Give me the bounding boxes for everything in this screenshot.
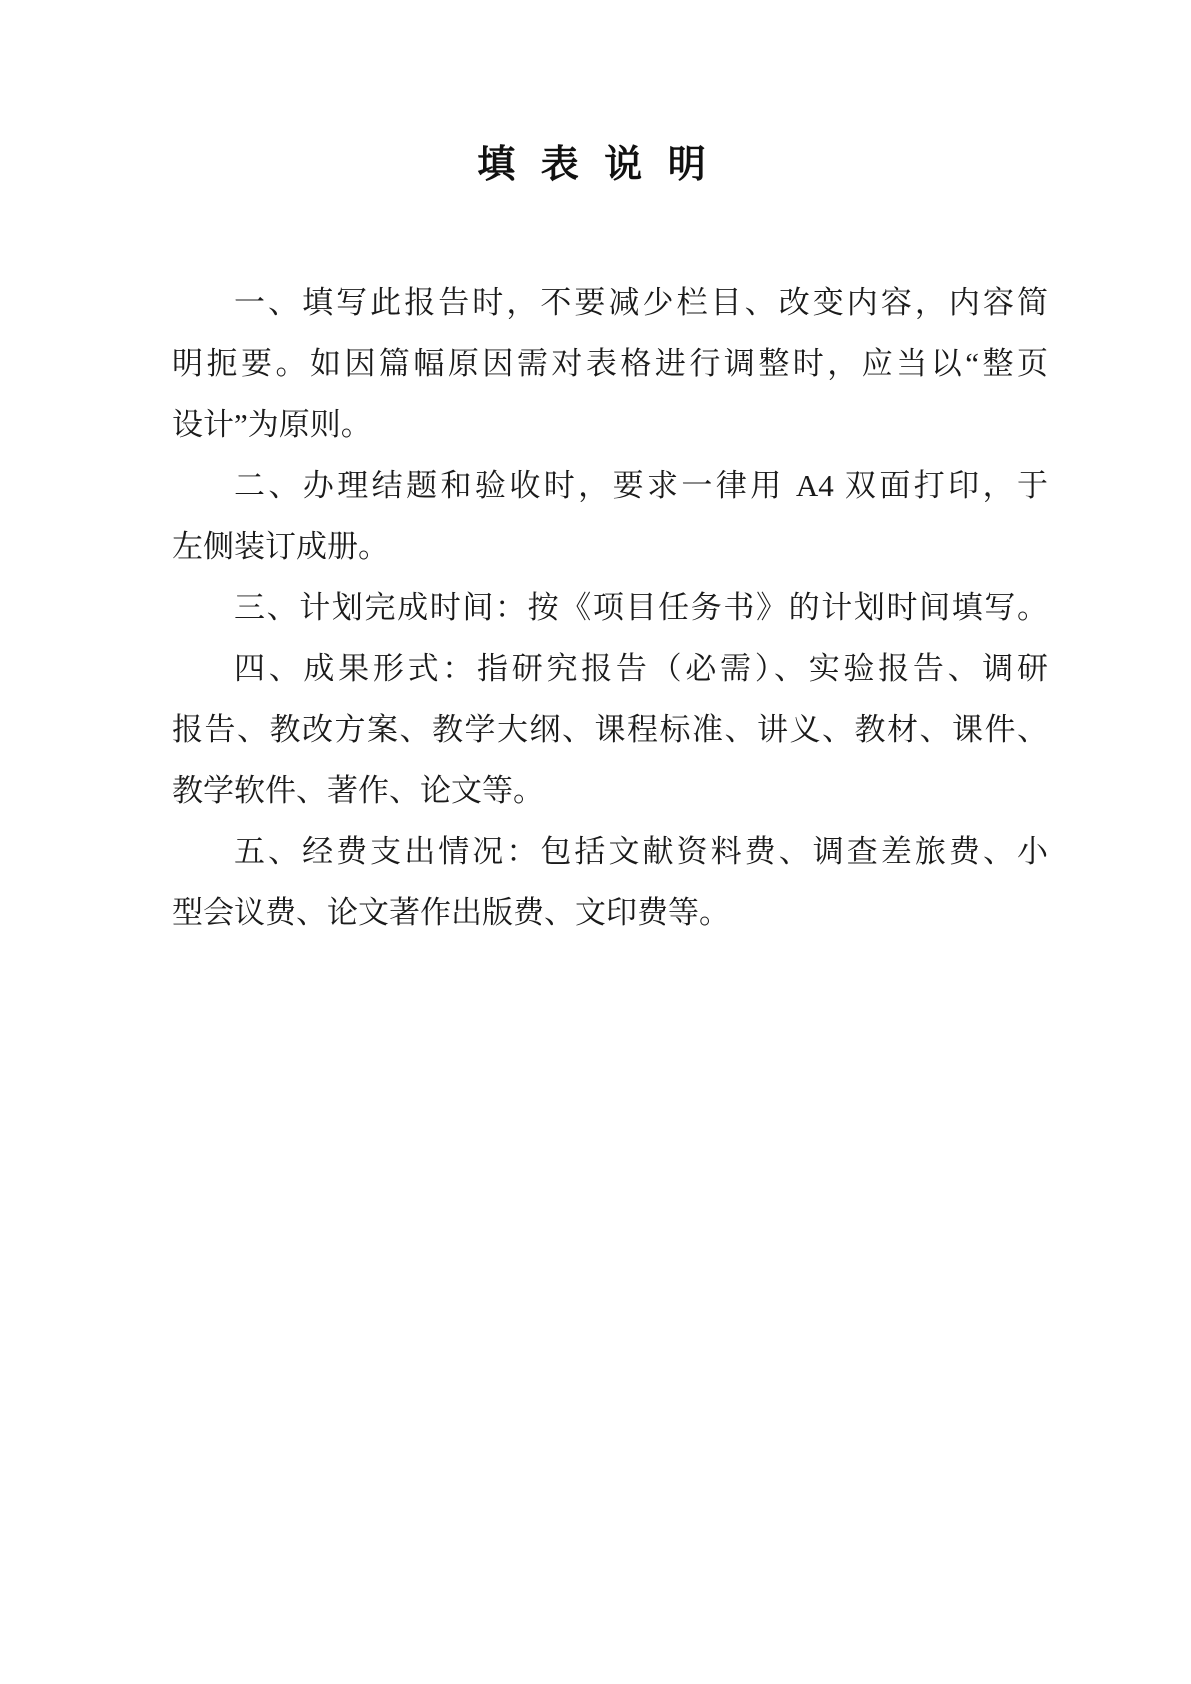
body-line-1: 一、填写此报告时，不要减少栏目、改变内容，内容简: [172, 272, 1048, 333]
body-line-9: 教学软件、著作、论文等。: [172, 760, 1048, 821]
body-line-10: 五、经费支出情况：包括文献资料费、调查差旅费、小: [172, 821, 1048, 882]
body-line-4: 二、办理结题和验收时，要求一律用 A4 双面打印，于: [172, 455, 1048, 516]
body-line-3: 设计”为原则。: [172, 394, 1048, 455]
body-line-6: 三、计划完成时间：按《项目任务书》的计划时间填写。: [172, 577, 1048, 638]
body-line-2: 明扼要。如因篇幅原因需对表格进行调整时，应当以“整页: [172, 333, 1048, 394]
instructions-body: 一、填写此报告时，不要减少栏目、改变内容，内容简 明扼要。如因篇幅原因需对表格进…: [172, 272, 1048, 943]
document-page: 填 表 说 明 一、填写此报告时，不要减少栏目、改变内容，内容简 明扼要。如因篇…: [0, 0, 1191, 1684]
body-line-8: 报告、教改方案、教学大纲、课程标准、讲义、教材、课件、: [172, 699, 1048, 760]
body-line-11: 型会议费、论文著作出版费、文印费等。: [172, 882, 1048, 943]
body-line-5: 左侧装订成册。: [172, 516, 1048, 577]
page-title: 填 表 说 明: [0, 0, 1191, 188]
body-line-7: 四、成果形式：指研究报告（必需）、实验报告、调研: [172, 638, 1048, 699]
